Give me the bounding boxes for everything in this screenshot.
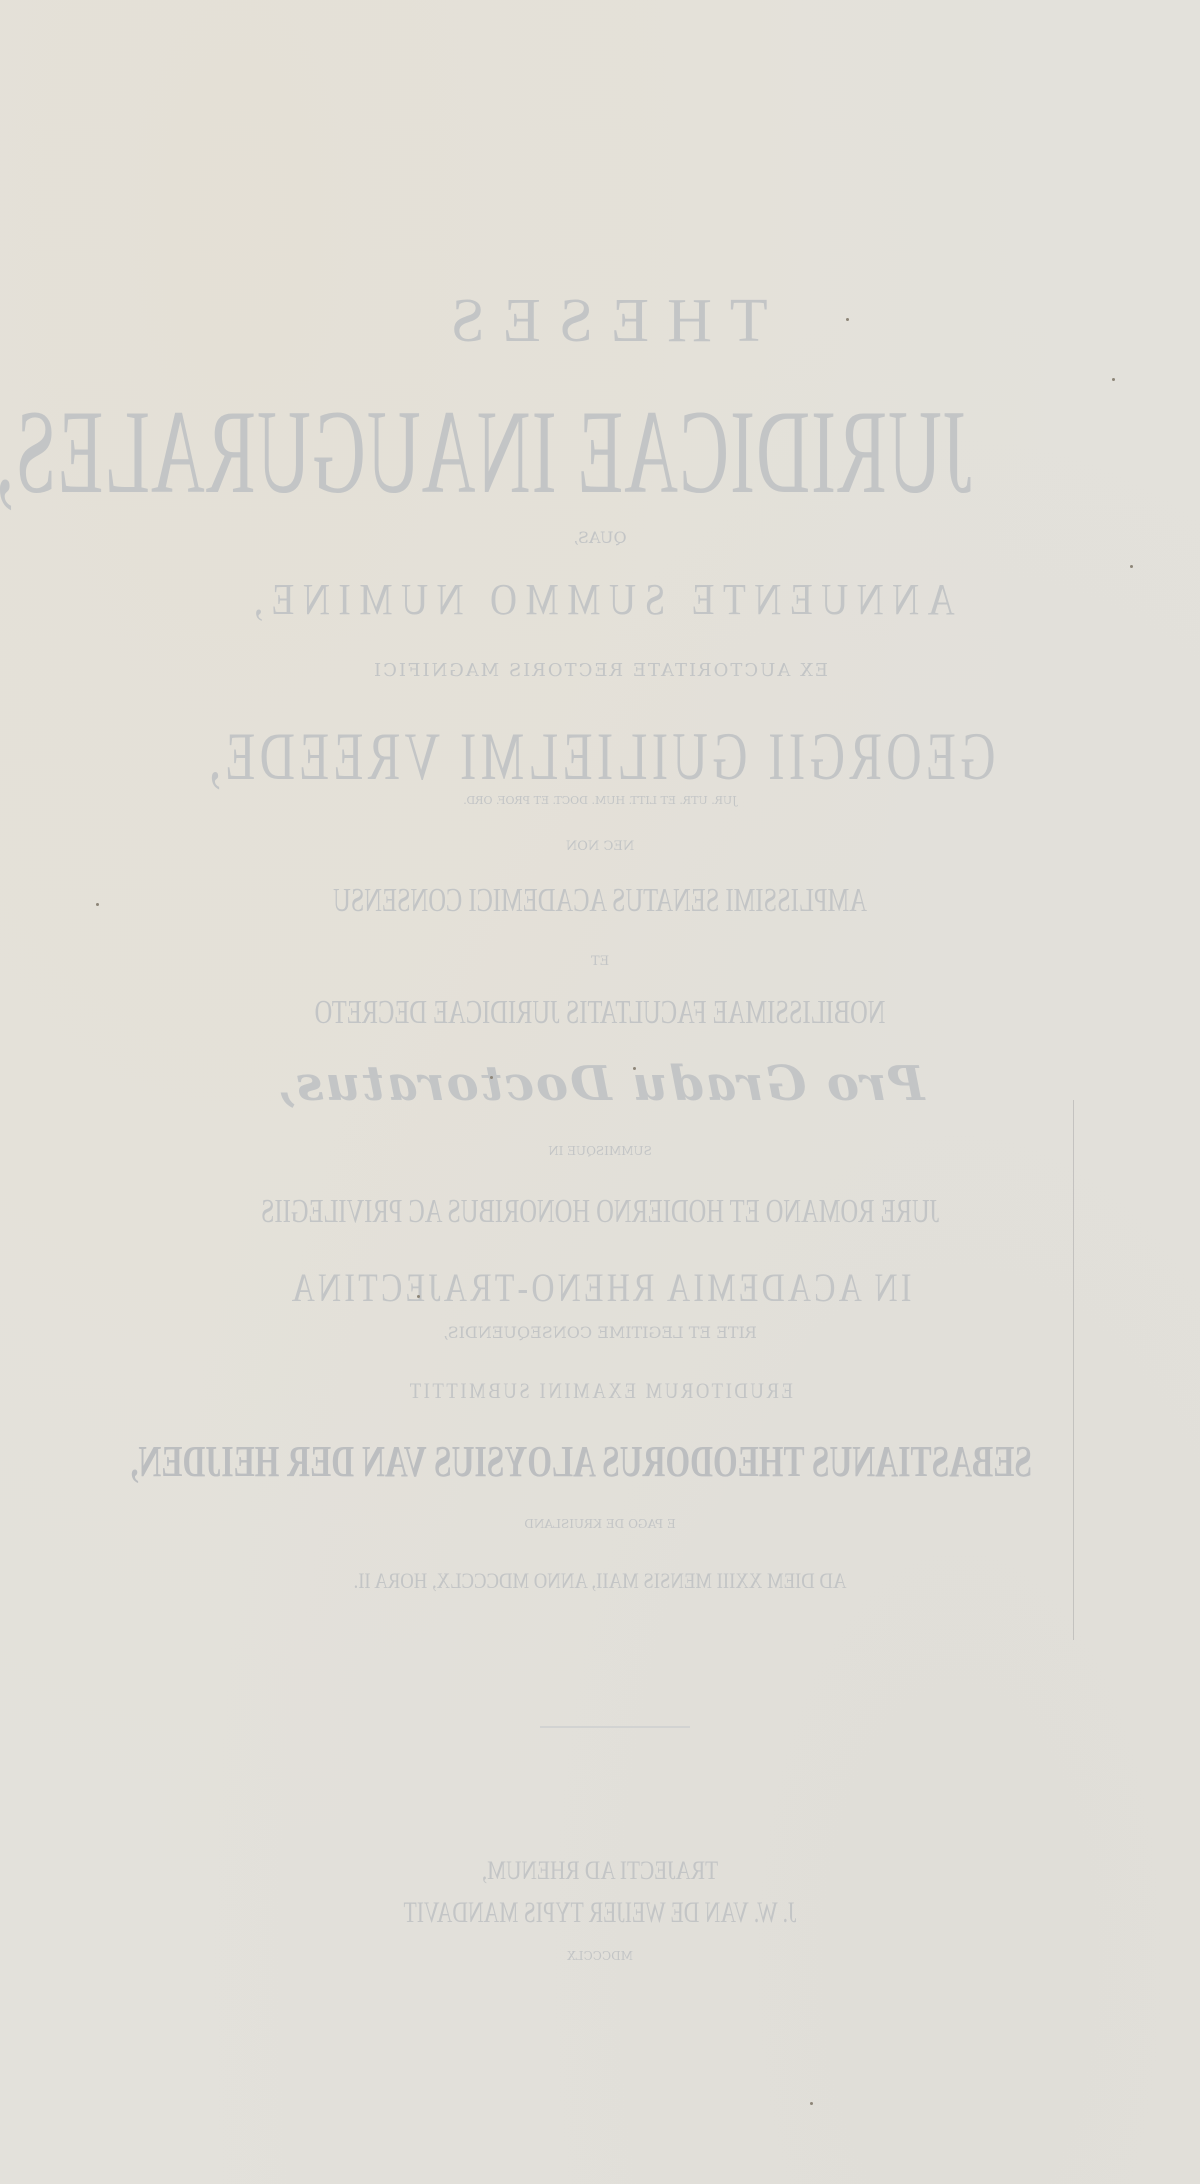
author-origin: E PAGO DE KRUISLAND — [0, 1518, 1200, 1530]
paper-speck — [490, 1076, 493, 1079]
text-eruditorum-examini: ERUDITORUM EXAMINI SUBMITTIT — [90, 1380, 1110, 1402]
text-summisque: SUMMISQUE IN — [0, 1145, 1200, 1157]
title-juridicae-inaugurales: JURIDICAE INAUGURALES, — [228, 392, 972, 512]
paper-crease-line — [1073, 1100, 1074, 1640]
text-amplissimi-senatus: AMPLISSIMI SENATUS ACADEMICI CONSENSU — [168, 884, 1032, 918]
text-nobilissimae-facultatis: NOBILISSIMAE FACULTATIS JURIDICAE DECRET… — [168, 996, 1032, 1030]
bleed-through-text-mirrored: THESES JURIDICAE INAUGURALES, QUAS, ANNU… — [0, 0, 1200, 2184]
text-annuente-summo-numine: ANNUENTE SUMMO NUMINE, — [90, 578, 1110, 622]
paper-speck — [810, 2102, 813, 2105]
divider-rule — [540, 1726, 690, 1728]
text-jure-romano: JURE ROMANO ET HODIERNO HONORIBUS AC PRI… — [168, 1195, 1032, 1229]
scanned-page: THESES JURIDICAE INAUGURALES, QUAS, ANNU… — [0, 0, 1200, 2184]
imprint-printer: J. W. VAN DE WEIJER TYPIS MANDAVIT — [168, 1898, 1032, 1928]
text-ex-auctoritate: EX AUCTORITATE RECTORIS MAGNIFICI — [0, 662, 1200, 680]
imprint-city: TRAJECTI AD RHENUM, — [108, 1858, 1092, 1884]
paper-speck — [1130, 565, 1133, 568]
text-rite-et-legitime: RITE ET LEGITIME CONSEQUENDIS, — [0, 1325, 1200, 1341]
paper-speck — [846, 318, 849, 321]
paper-speck — [1112, 378, 1115, 381]
rector-title: JUR. UTR. ET LITT. HUM. DOCT. ET PROF. O… — [0, 795, 1200, 806]
imprint-year: MDCCCLX — [0, 1950, 1200, 1962]
paper-speck — [417, 1295, 420, 1298]
paper-speck — [633, 1067, 636, 1070]
text-in-academia: IN ACADEMIA RHENO-TRAJECTINA — [120, 1268, 1080, 1308]
title-theses: THESES — [0, 290, 1200, 352]
rector-name: GEORGII GUILIELMI VREEDE, — [168, 722, 1032, 790]
defense-date: AD DIEM XXIII MENSIS MAII, ANNO MDCCCLX,… — [90, 1570, 1110, 1592]
author-name: SEBASTIANUS THEODORUS ALOYSIUS VAN DER H… — [168, 1440, 1032, 1484]
paper-speck — [96, 903, 99, 906]
text-nec-non: NEC NON — [0, 840, 1200, 853]
text-pro-gradu-doctoratus: Pro Gradu Doctoratus, — [0, 1060, 1200, 1108]
text-et: ET — [0, 955, 1200, 968]
text-quas: QUAS, — [0, 530, 1200, 546]
